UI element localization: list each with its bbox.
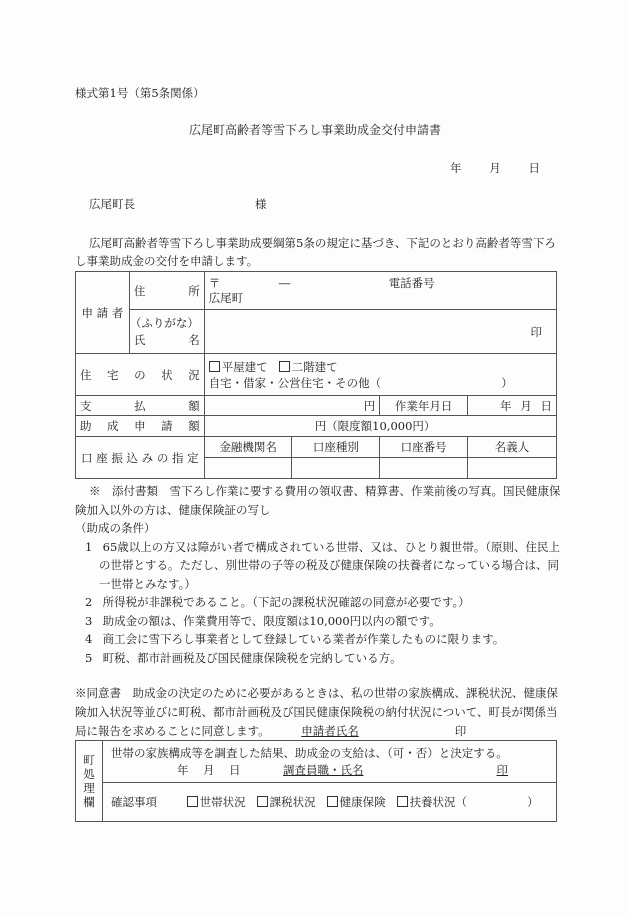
decision-cell: 世帯の家族構成等を調査した結果、助成金の支給は、（可・否）と決定する。 年 月 …	[103, 741, 557, 783]
checkbox-dependents[interactable]	[397, 796, 408, 807]
date-month: 月	[489, 160, 501, 176]
work-date-field[interactable]: 年月日	[468, 396, 557, 416]
decision-text: 世帯の家族構成等を調査した結果、助成金の支給は、（可・否）と決定する。	[111, 745, 552, 762]
name-label: （ふりがな） 氏名	[129, 310, 204, 354]
form-number: 様式第1号（第5条関係）	[75, 85, 205, 101]
bank-header-type: 口座種別	[292, 437, 380, 458]
intro-paragraph: 広尾町高齢者等雪下ろし事業助成要綱第5条の規定に基づき、下記のとおり高齢者等雪下…	[75, 234, 565, 270]
attachments-note: ※ 添付書類 雪下ろし作業に要する費用の領収書、精算書、作業前後の写真。国民健康…	[75, 482, 565, 519]
postal-dash: ―	[279, 276, 389, 291]
decision-row: 町処理欄 世帯の家族構成等を調査した結果、助成金の支給は、（可・否）と決定する。…	[76, 741, 557, 783]
page-title: 広尾町高齢者等雪下ろし事業助成金交付申請書	[0, 121, 630, 138]
grant-label: 助成申請額	[76, 416, 205, 437]
phone-label: 電話番号	[389, 276, 435, 291]
consent-section: ※同意書 助成金の決定のために必要があるときは、私の世帯の家族構成、課税状況、健…	[75, 684, 565, 741]
condition-item: 3 助成金の額は、作業費用等で、限度額は10,000円以内の額です。	[75, 612, 565, 631]
confirm-row: 確認事項 世帯状況 課税状況 健康保険 扶養状況（）	[76, 783, 557, 822]
confirm-label: 確認事項	[111, 794, 183, 810]
checkbox-single-story[interactable]	[209, 361, 220, 372]
bank-header-row: 口 座 振 込 み の 指 定 金融機関名 口座種別 口座番号 名義人	[76, 437, 557, 458]
address-label: 住所	[129, 272, 204, 310]
addressee-name: 広尾町長	[89, 196, 135, 212]
bank-header-name: 金融機関名	[204, 437, 292, 458]
addressee-honorific: 様	[255, 196, 267, 212]
grant-amount-field[interactable]: 円（限度額10,000円）	[204, 416, 556, 437]
grant-row: 助成申請額 円（限度額10,000円）	[76, 416, 557, 437]
checkbox-household[interactable]	[187, 796, 198, 807]
housing-types[interactable]: 自宅・借家・公営住宅・その他（	[209, 376, 382, 390]
bank-label: 口 座 振 込 み の 指 定	[76, 437, 205, 479]
condition-item: 5 町税、都市計画税及び国民健康保険税を完納している方。	[75, 649, 565, 668]
conditions-title: （助成の条件）	[75, 519, 565, 538]
checkbox-insurance[interactable]	[327, 796, 338, 807]
seal-mark: 印	[531, 325, 543, 339]
bank-name-field[interactable]	[204, 458, 292, 479]
notes-section: ※ 添付書類 雪下ろし作業に要する費用の領収書、精算書、作業前後の写真。国民健康…	[75, 482, 565, 667]
address-row: 申 請 者 住所 〒 ― 電話番号 広尾町	[76, 272, 557, 310]
confirm-cell: 確認事項 世帯状況 課税状況 健康保険 扶養状況（）	[103, 783, 557, 822]
account-number-field[interactable]	[380, 458, 468, 479]
date-year: 年	[450, 160, 462, 176]
checkbox-tax[interactable]	[257, 796, 268, 807]
town-prefix: 広尾町	[209, 291, 552, 306]
office-use-label: 町処理欄	[76, 741, 103, 822]
bank-header-holder: 名義人	[468, 437, 557, 458]
date-day: 日	[529, 160, 541, 176]
address-field[interactable]: 〒 ― 電話番号 広尾町	[204, 272, 556, 310]
payment-label: 支払額	[76, 396, 205, 416]
checkbox-two-story[interactable]	[279, 361, 290, 372]
housing-field: 平屋建て 二階建て 自宅・借家・公営住宅・その他（）	[204, 354, 556, 396]
application-table: 申 請 者 住所 〒 ― 電話番号 広尾町 （ふりがな） 氏名 印 住宅の状況 …	[75, 271, 557, 479]
postal-mark: 〒	[209, 276, 279, 291]
name-field[interactable]: 印	[204, 310, 556, 354]
payment-amount-field[interactable]: 円	[204, 396, 380, 416]
housing-row: 住宅の状況 平屋建て 二階建て 自宅・借家・公営住宅・その他（）	[76, 354, 557, 396]
condition-item: 2 所得税が非課税であること。（下記の課税状況確認の同意が必要です。）	[75, 593, 565, 612]
name-row: （ふりがな） 氏名 印	[76, 310, 557, 354]
work-date-label: 作業年月日	[380, 396, 468, 416]
applicant-label: 申 請 者	[76, 272, 130, 354]
condition-item: 4 商工会に雪下ろし事業者として登録している業者が作業したものに限ります。	[75, 630, 565, 649]
signer-field[interactable]: 申請者氏名印	[301, 722, 466, 741]
account-holder-field[interactable]	[468, 458, 557, 479]
housing-label: 住宅の状況	[76, 354, 205, 396]
investigator-field[interactable]: 調査員職・氏名印	[283, 762, 508, 779]
account-type-field[interactable]	[292, 458, 380, 479]
condition-item: 1 65歳以上の方又は障がい者で構成されている世帯、又は、ひとり親世帯。（原則、…	[75, 538, 565, 594]
application-date: 年 月 日	[450, 160, 540, 176]
office-use-table: 町処理欄 世帯の家族構成等を調査した結果、助成金の支給は、（可・否）と決定する。…	[75, 740, 557, 822]
payment-row: 支払額 円 作業年月日 年月日	[76, 396, 557, 416]
bank-header-number: 口座番号	[380, 437, 468, 458]
